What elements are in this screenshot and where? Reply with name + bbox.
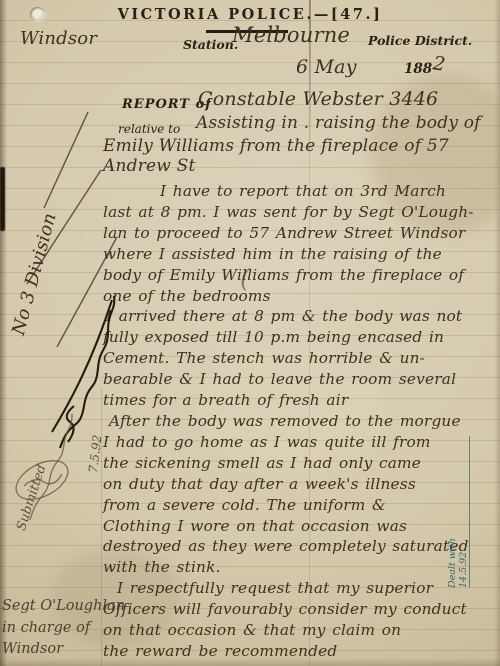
report-of-handwritten: Constable Webster 3446 <box>198 88 438 110</box>
district-label: Police District. <box>368 33 472 48</box>
place-handwritten: Windsor <box>20 28 97 49</box>
dealt-with-margin-note: Dealt with14.5.92 <box>447 436 470 588</box>
report-line: from a severe cold. The uniform & <box>103 495 499 516</box>
relative-to-label: relative to <box>118 122 180 136</box>
report-line: last at 8 pm. I was sent for by Segt O'L… <box>103 202 499 223</box>
report-line: I have to report that on 3rd March <box>103 181 499 202</box>
report-line: the sickening smell as I had only came <box>103 453 499 474</box>
margin-bracket-mark: ( <box>240 264 250 293</box>
report-line: one of the bedrooms <box>103 286 499 307</box>
report-line: After the body was removed to the morgue <box>103 411 499 432</box>
report-line: bearable & I had to leave the room sever… <box>103 369 499 390</box>
officer-note-line: in charge of <box>2 618 125 640</box>
report-body-lines: I have to report that on 3rd Marchlast a… <box>103 181 499 662</box>
report-line: I arrived there at 8 pm & the body was n… <box>103 306 499 327</box>
report-line: fully exposed till 10 p.m being encased … <box>103 327 499 348</box>
form-title: VICTORIA POLICE.—[47.] <box>0 6 500 23</box>
report-line: I respectfully request that my superior <box>103 578 499 599</box>
subject-line-1: Assisting in . raising the body of <box>196 113 481 133</box>
report-line: on that occasion & that my claim on <box>103 620 499 641</box>
year-printed: 188 <box>404 61 432 77</box>
division-margin-note: No 3 Division <box>8 211 61 338</box>
dealt-note-line: 14.5.92 <box>458 436 469 588</box>
dealt-note-line: Dealt with <box>447 436 458 588</box>
report-line: where I assisted him in the raising of t… <box>103 244 499 265</box>
report-line: lan to proceed to 57 Andrew Street Winds… <box>103 223 499 244</box>
report-line: on duty that day after a week's illness <box>103 474 499 495</box>
officer-note-line: Segt O'Loughlan <box>2 596 125 618</box>
officer-note-line: Windsor <box>2 639 125 661</box>
report-line: the reward be recommended <box>103 641 499 662</box>
ink-blot-left-edge <box>0 167 5 231</box>
report-line: body of Emily Williams from the fireplac… <box>103 265 499 286</box>
report-line: with the stink. <box>103 557 499 578</box>
submitted-margin-note: Submitted <box>14 463 49 533</box>
report-line: Officers will favourably consider my con… <box>103 599 499 620</box>
report-line: destroyed as they were completely satura… <box>103 536 499 557</box>
report-line: Cement. The stench was horrible & un- <box>103 348 499 369</box>
subject-line-2: Emily Williams from the fireplace of 57 … <box>103 136 500 176</box>
report-line: Clothing I wore on that occasion was <box>103 516 499 537</box>
year-handwritten: 2 <box>432 52 447 75</box>
station-handwritten: Melbourne <box>232 23 350 47</box>
report-line: times for a breath of fresh air <box>103 390 499 411</box>
station-label: Station. <box>183 37 238 52</box>
report-line: I had to go home as I was quite ill from <box>103 432 499 453</box>
scanned-police-report-page: VICTORIA POLICE.—[47.] Windsor Station. … <box>0 0 500 666</box>
officer-margin-note: Segt O'Loughlanin charge ofWindsor <box>2 596 125 661</box>
date-handwritten: 6 May <box>296 56 357 78</box>
